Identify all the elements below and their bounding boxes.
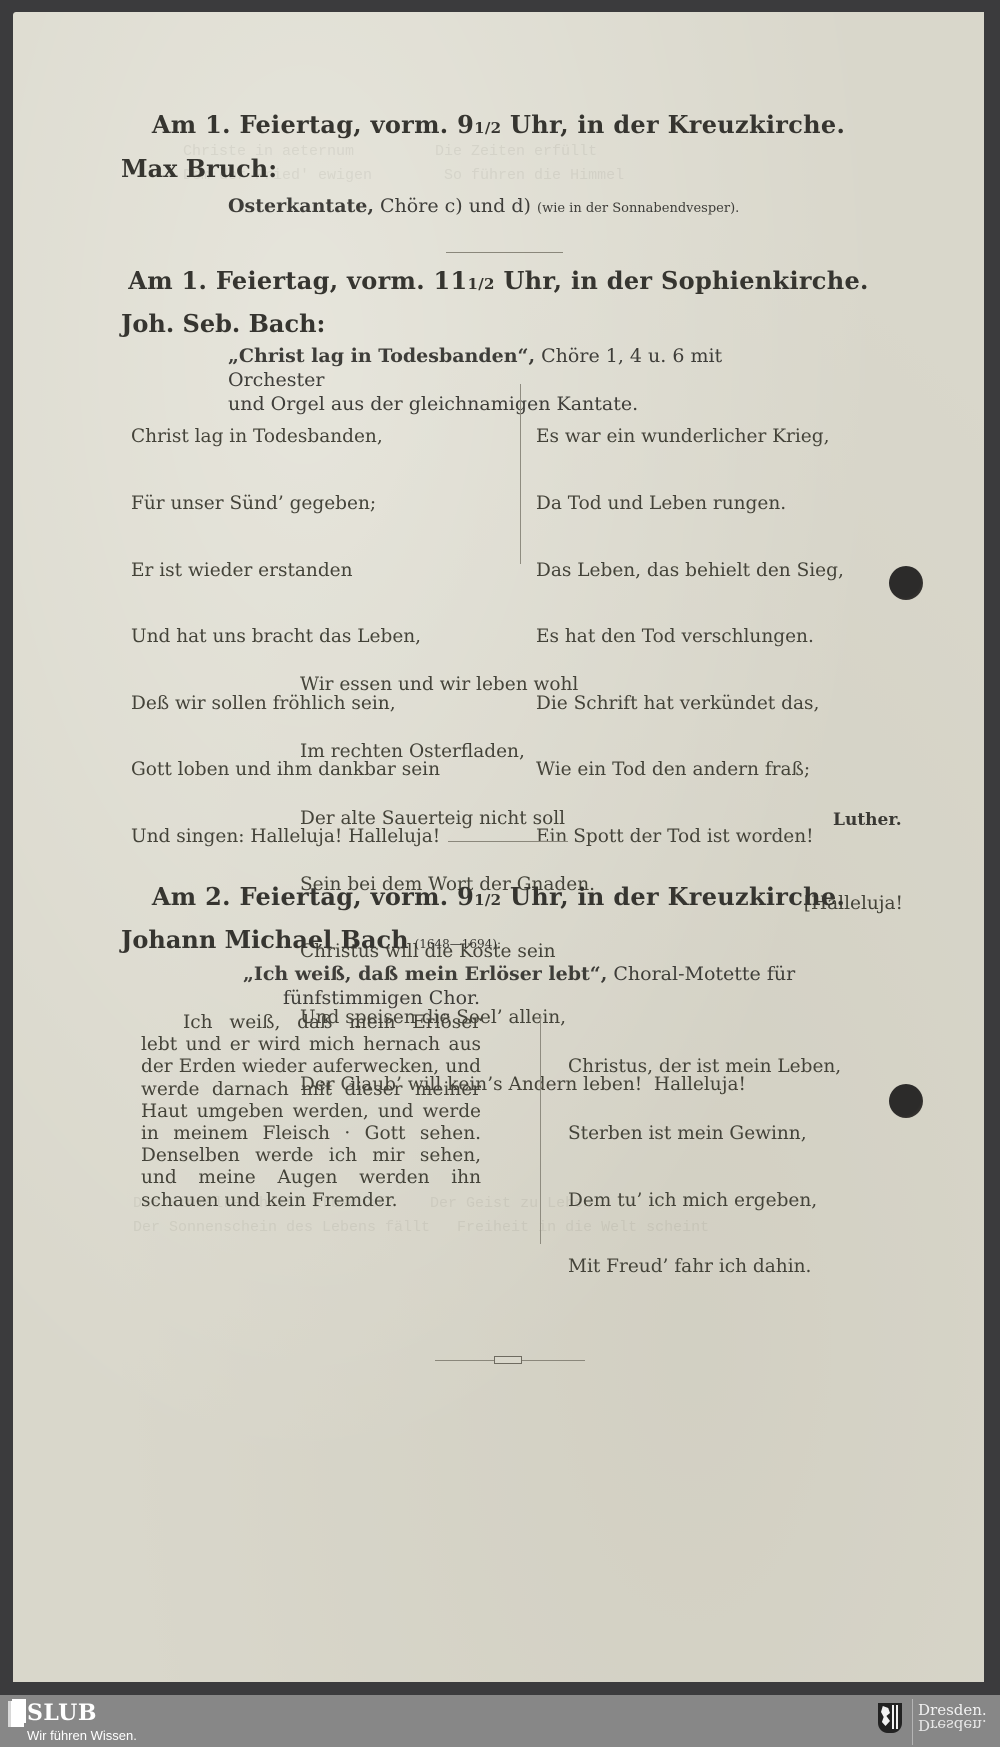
verse-line: Dem tu’ ich mich ergeben, [568, 1190, 841, 1212]
prose-line: lebt und er wird mich hernach aus [141, 1034, 481, 1056]
verse-line: Da Tod und Leben rungen. [536, 493, 903, 515]
dresden-wordmark-reflection: Dresden. [918, 1717, 987, 1732]
section-divider [448, 841, 568, 842]
prose-line: Ich weiß, daß mein Erlöser [141, 1012, 481, 1034]
viewer-footer: SLUB Wir führen Wissen. Dresden. Dresden… [0, 1695, 1000, 1747]
work-title: „Ich weiß, daß mein Erlöser lebt“, [243, 963, 607, 985]
prose-line: in meinem Fleisch · Gott sehen. [141, 1123, 481, 1145]
prose-line: schauen und kein Fremder. [141, 1190, 481, 1212]
section-3-composer: Johann Michael Bach(1648—1694): [121, 925, 501, 954]
document-page: Christe in aeternum Die Zeiten erfüllt D… [13, 12, 984, 1682]
verse-line: Wir essen und wir leben wohl [300, 674, 746, 696]
section-2-composer: Joh. Seb. Bach: [121, 309, 325, 338]
column-divider [520, 384, 521, 564]
work-detail: Choral-Motette für [607, 963, 795, 985]
prose-line: der Erden wieder auferwecken, und [141, 1056, 481, 1078]
section-3-work: „Ich weiß, daß mein Erlöser lebt“, Chora… [243, 962, 818, 1010]
punch-hole [889, 566, 923, 600]
footer-divider [912, 1699, 913, 1745]
section-1-composer: Max Bruch: [121, 154, 277, 183]
section-divider [446, 252, 563, 253]
time-fraction: 1/2 [468, 275, 495, 293]
prose-line: werde darnach mit dieser meiner [141, 1079, 481, 1101]
work-title: Osterkantate, [228, 195, 374, 217]
slub-logo-icon[interactable] [8, 1701, 24, 1727]
verse-line: Mit Freud’ fahr ich dahin. [568, 1256, 841, 1278]
section-1-work: Osterkantate, Chöre c) und d) (wie in de… [228, 194, 739, 221]
slub-tagline: Wir führen Wissen. [27, 1728, 137, 1743]
verse-line: Er ist wieder erstanden [131, 560, 440, 582]
author-attribution: Luther. [833, 810, 902, 830]
slub-brand[interactable]: SLUB [27, 1700, 97, 1726]
verse-line: Christus, der ist mein Leben, [568, 1056, 841, 1078]
section-3-heading: Am 2. Feiertag, vorm. 91/2 Uhr, in der K… [13, 882, 984, 911]
composer-years: (1648—1694): [415, 937, 501, 951]
verse-line: Es war ein wunderlicher Krieg, [536, 426, 903, 448]
column-divider [540, 1014, 541, 1244]
prose-line: Denselben werde ich mir sehen, [141, 1145, 481, 1167]
time-fraction: 1/2 [474, 119, 501, 137]
section-2-heading: Am 1. Feiertag, vorm. 111/2 Uhr, in der … [13, 266, 984, 295]
verse-line: Für unser Sünd’ gegeben; [131, 493, 440, 515]
prose-line: und meine Augen werden ihn [141, 1167, 481, 1189]
work-note: (wie in der Sonnabendvesper). [537, 201, 739, 216]
dresden-crest-icon[interactable] [878, 1703, 902, 1733]
verse-line: Im rechten Osterfladen, [300, 741, 746, 763]
closing-ornament [494, 1356, 522, 1364]
section-1-heading: Am 1. Feiertag, vorm. 91/2 Uhr, in der K… [13, 110, 984, 139]
scripture-prose-column: Ich weiß, daß mein Erlöser lebt und er w… [141, 1012, 481, 1212]
verse-line: Der alte Sauerteig nicht soll [300, 808, 746, 830]
punch-hole [889, 1084, 923, 1118]
verse-line: Das Leben, das behielt den Sieg, [536, 560, 903, 582]
time-fraction: 1/2 [474, 891, 501, 909]
work-title: „Christ lag in Todesbanden“, [228, 345, 535, 367]
work-detail: Chöre c) und d) [374, 195, 537, 217]
verse-line: Sterben ist mein Gewinn, [568, 1123, 841, 1145]
prose-line: Haut umgeben werden, und werde [141, 1101, 481, 1123]
work-detail-line-2: fünfstimmigen Chor. [243, 986, 818, 1010]
chorale-verse-column: Christus, der ist mein Leben, Sterben is… [568, 1012, 841, 1323]
verse-line: Christ lag in Todesbanden, [131, 426, 440, 448]
